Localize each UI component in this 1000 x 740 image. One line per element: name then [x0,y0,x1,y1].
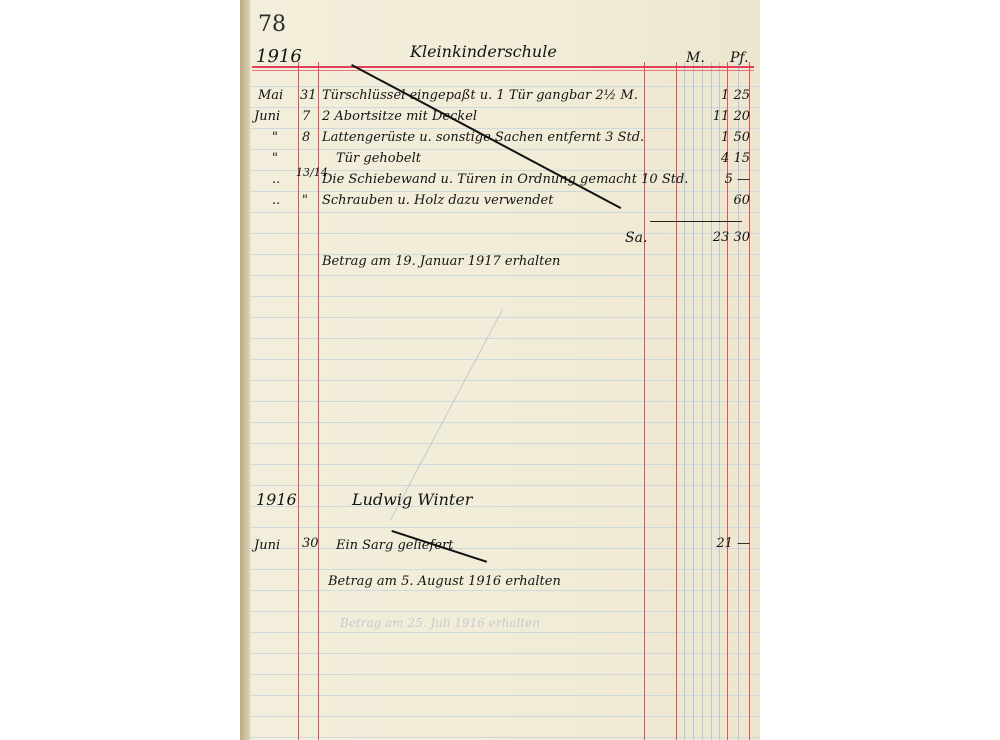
ledger-page: 78 1916 Kleinkinderschule M. Pf. Mai 31 … [240,0,760,740]
header-rule-secondary [252,70,754,71]
entry-text: Die Schiebewand u. Türen in Ordnung gema… [322,172,688,187]
account-2-receipt-note: Betrag am 5. August 1916 erhalten [328,574,561,589]
entry-day: 31 [300,88,317,103]
entry-text: 2 Abortsitze mit Deckel [322,109,477,124]
account-1-year: 1916 [256,46,302,67]
page-number: 78 [258,12,286,37]
sum-rule [650,221,742,222]
account-2-year: 1916 [256,490,297,509]
mark-subrule [719,62,720,740]
sum-amount: 23 30 [713,230,750,245]
entry-amount: 21 — [716,536,750,551]
entry-month: " [272,130,278,145]
date-column-rule [298,62,299,740]
account-1-title: Kleinkinderschule [410,42,557,61]
text-column-rule [318,62,319,740]
entry-text: Tür gehobelt [336,151,421,166]
pfennig-column-header: Pf. [730,50,749,66]
entry-day: 30 [302,536,319,551]
account-1-receipt-note: Betrag am 19. Januar 1917 erhalten [322,254,560,269]
entry-text: Schrauben u. Holz dazu verwendet [322,193,553,208]
account-2-title: Ludwig Winter [352,490,472,509]
mark-subrule [702,62,703,740]
mark-subrule [711,62,712,740]
entry-amount: 5 — [725,172,750,187]
entry-day: 7 [302,109,310,124]
show-through-note: Betrag am 25. Juli 1916 erhalten [340,616,540,630]
entry-month: Juni [254,109,280,124]
header-rule [252,66,754,68]
mark-column-header: M. [686,50,705,66]
entry-amount: 1 25 [721,88,750,103]
sum-label: Sa. [625,230,647,246]
entry-amount: 1 50 [721,130,750,145]
mark-column-rule [676,62,677,740]
pencil-stroke [390,308,504,520]
rate-column-rule [644,62,645,740]
mark-subrule [693,62,694,740]
entry-amount: 60 [733,193,750,208]
entry-month: Juni [254,538,280,553]
entry-day: " [302,193,308,208]
mark-subrule [684,62,685,740]
entry-month: .. [272,193,280,208]
entry-amount: 11 20 [713,109,750,124]
entry-day: 8 [302,130,310,145]
entry-amount: 4 15 [721,151,750,166]
page-binding-edge [240,0,250,740]
entry-month: Mai [258,88,283,103]
entry-month: " [272,151,278,166]
entry-text: Türschlüssel eingepaßt u. 1 Tür gangbar … [322,88,638,103]
entry-month: .. [272,172,280,187]
entry-text: Lattengerüste u. sonstige Sachen entfern… [322,130,644,145]
